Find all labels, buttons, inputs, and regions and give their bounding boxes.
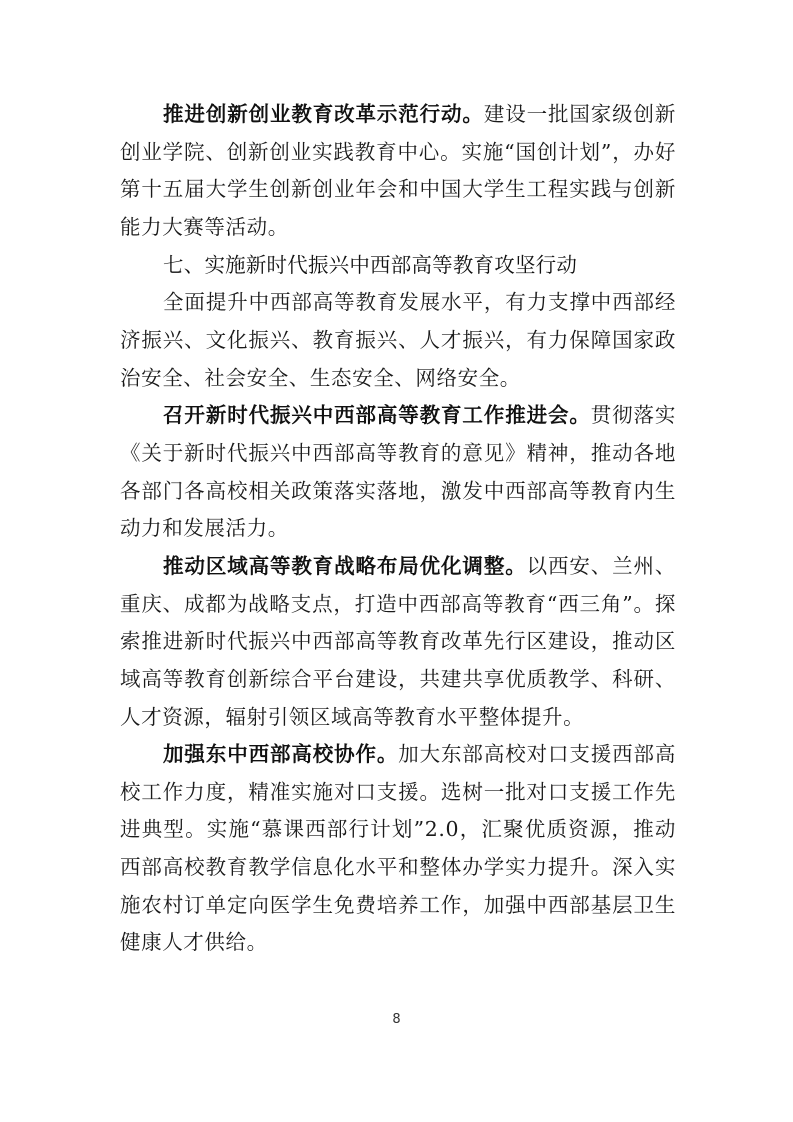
page-number: 8 bbox=[0, 1012, 793, 1027]
paragraph-body: 全面提升中西部高等教育发展水平，有力支撑中西部经济振兴、文化振兴、教育振兴、人才… bbox=[120, 290, 676, 389]
paragraph-university-cooperation: 加强东中西部高校协作。加大东部高校对口支援西部高校工作力度，精准实施对口支援。选… bbox=[120, 736, 676, 962]
paragraph-lead: 推动区域高等教育战略布局优化调整。 bbox=[163, 554, 527, 578]
paragraph-innovation-entrepreneurship: 推进创新创业教育改革示范行动。建设一批国家级创新创业学院、创新创业实践教育中心。… bbox=[120, 96, 676, 247]
paragraph-body: 加大东部高校对口支援西部高校工作力度，精准实施对口支援。选树一批对口支援工作先进… bbox=[120, 742, 676, 954]
document-page: 推进创新创业教育改革示范行动。建设一批国家级创新创业学院、创新创业实践教育中心。… bbox=[120, 96, 676, 962]
paragraph-lead: 召开新时代振兴中西部高等教育工作推进会。 bbox=[163, 403, 591, 427]
paragraph-overview: 全面提升中西部高等教育发展水平，有力支撑中西部经济振兴、文化振兴、教育振兴、人才… bbox=[120, 284, 676, 397]
paragraph-promotion-meeting: 召开新时代振兴中西部高等教育工作推进会。贯彻落实《关于新时代振兴中西部高等教育的… bbox=[120, 397, 676, 548]
section-heading: 七、实施新时代振兴中西部高等教育攻坚行动 bbox=[120, 247, 676, 285]
paragraph-regional-layout: 推动区域高等教育战略布局优化调整。以西安、兰州、重庆、成都为战略支点，打造中西部… bbox=[120, 548, 676, 736]
paragraph-lead: 推进创新创业教育改革示范行动。 bbox=[163, 102, 484, 126]
paragraph-body: 以西安、兰州、重庆、成都为战略支点，打造中西部高等教育“西三角”。探索推进新时代… bbox=[120, 554, 676, 729]
paragraph-lead: 加强东中西部高校协作。 bbox=[163, 742, 398, 766]
